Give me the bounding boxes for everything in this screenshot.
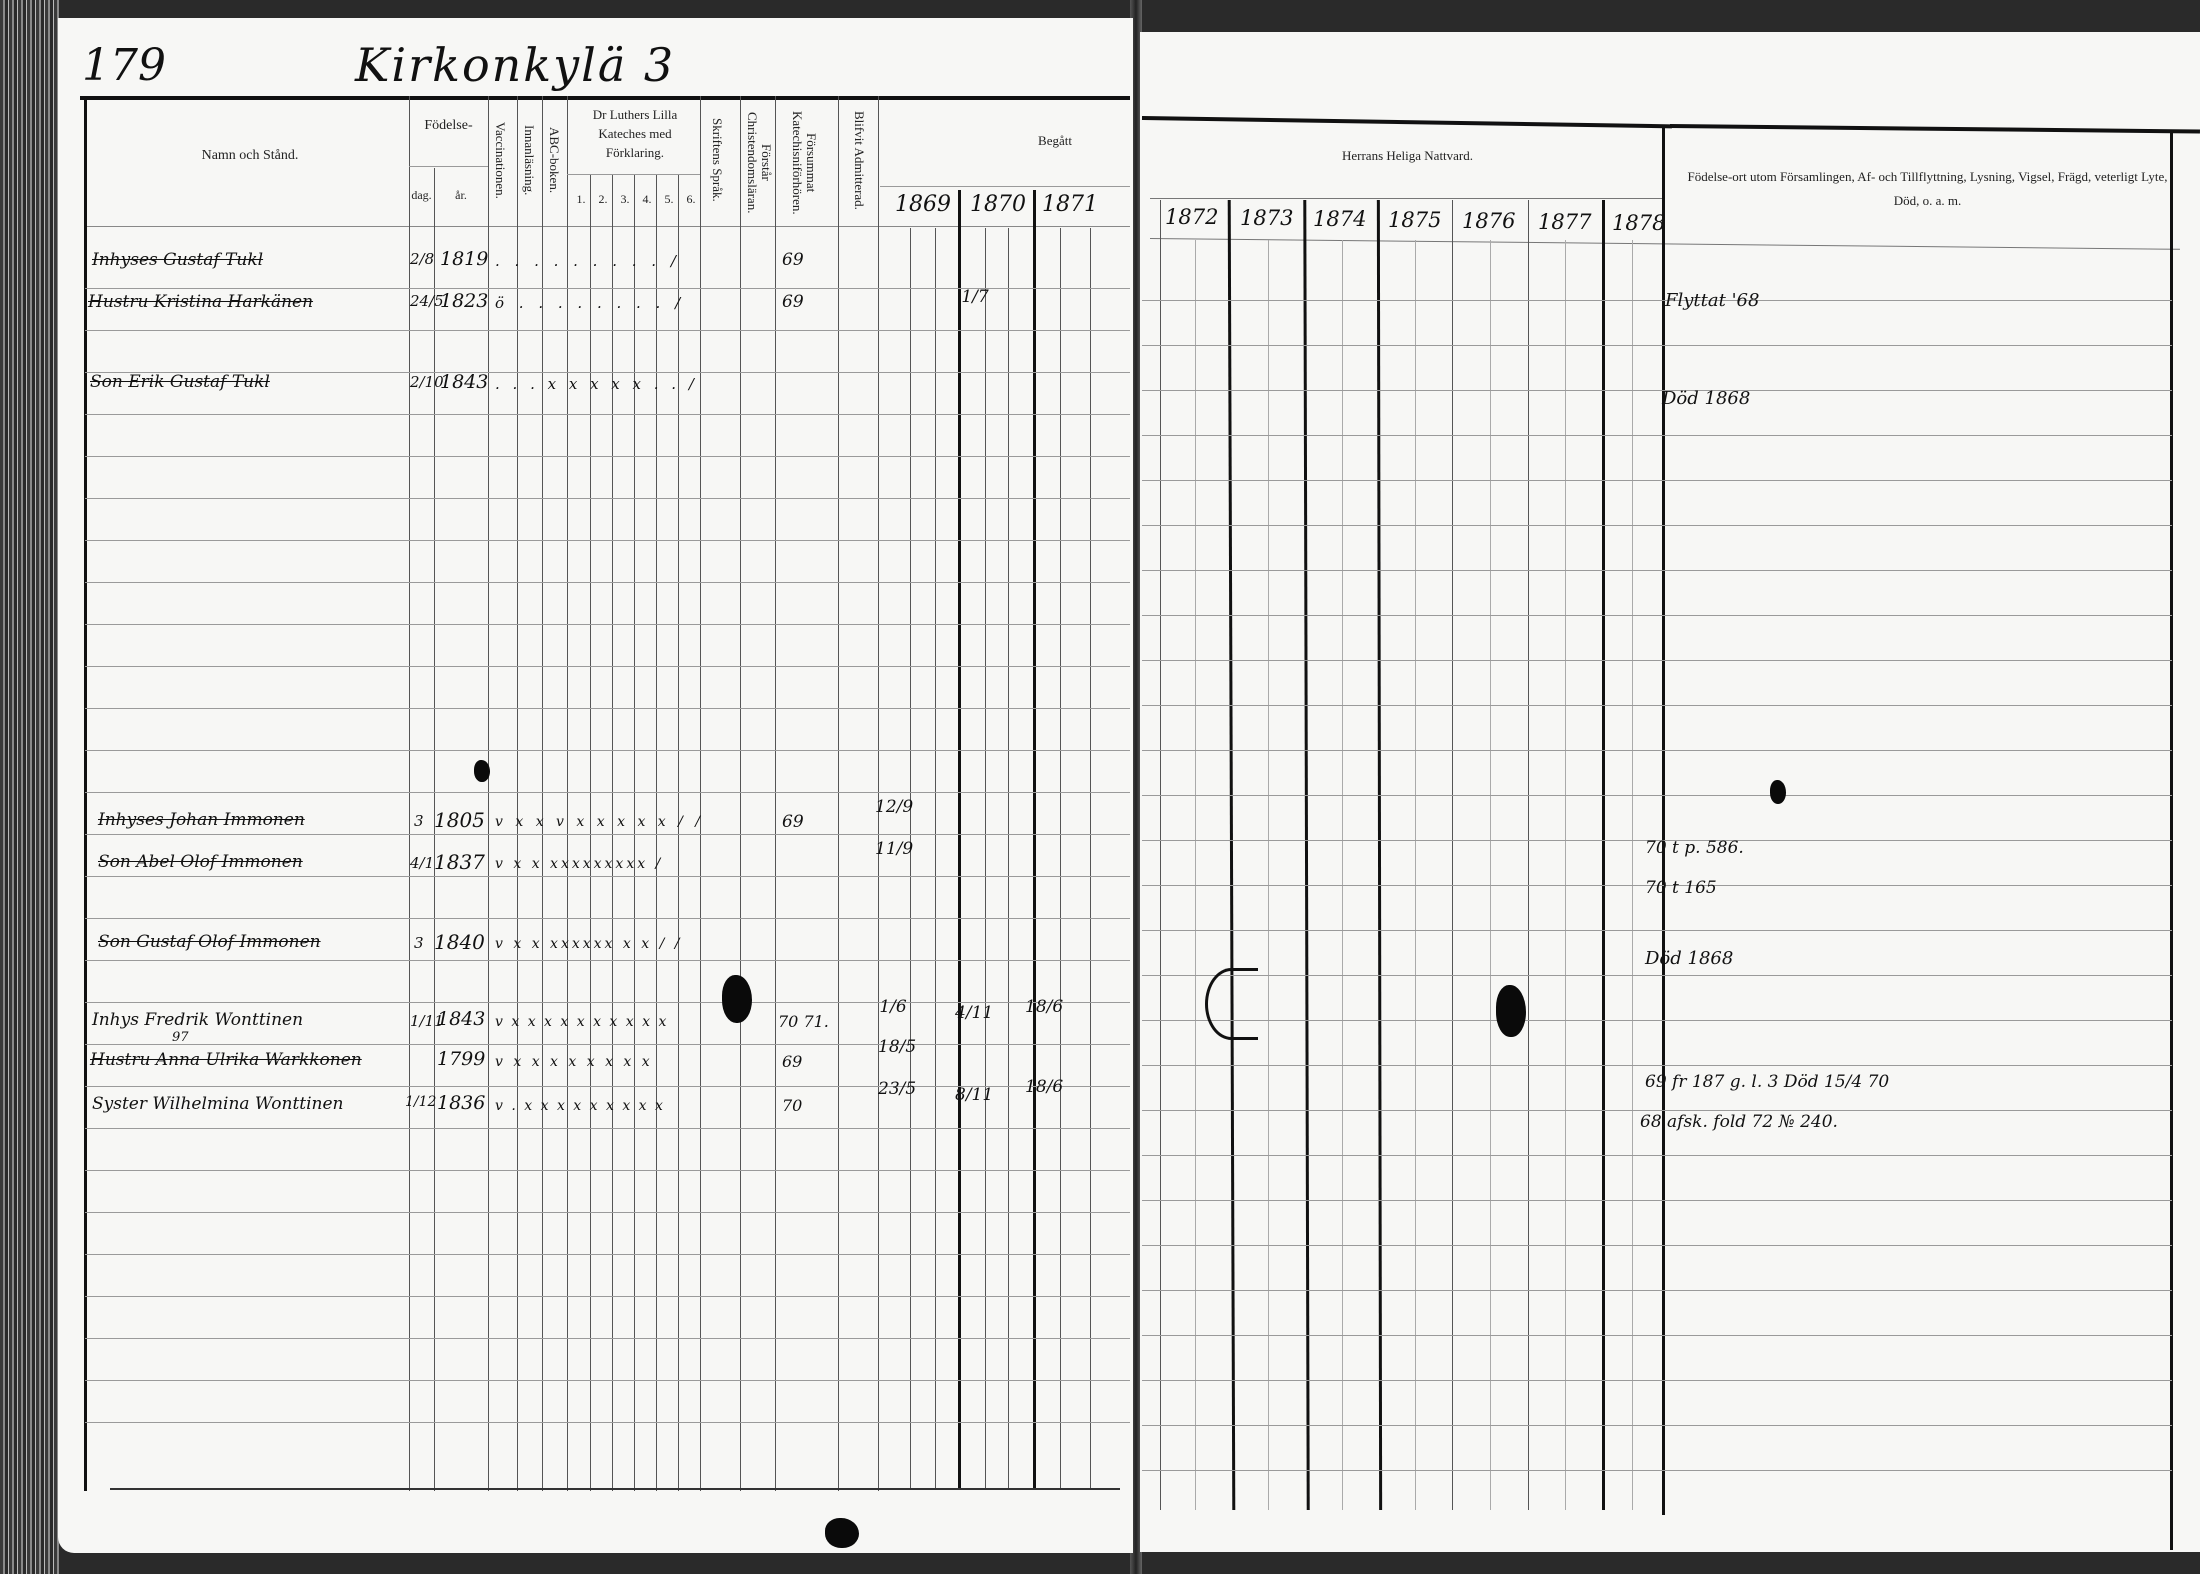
- entry-1870: 1/7: [960, 290, 990, 305]
- entry-birth-year: 1805: [434, 808, 485, 832]
- ruled-line: [85, 540, 1130, 541]
- header-abc: ABC-boken.: [547, 100, 561, 220]
- luther-sub-5: 5.: [658, 192, 680, 207]
- header-blifvit: Blifvit Admitterad.: [852, 105, 866, 215]
- luther-sub-2: 2.: [592, 192, 614, 207]
- entry-marks: v x x xxxxxx x x / /: [495, 936, 682, 952]
- col-divider: [958, 190, 961, 1490]
- entry-forsummat: 69: [782, 250, 804, 270]
- col-subdivider: [1060, 228, 1061, 1490]
- year-1870: 1870: [970, 192, 1026, 217]
- luther-sub-1: 1.: [570, 192, 592, 207]
- entry-1869: 11/9: [875, 842, 905, 857]
- ruled-line: [1142, 1200, 2172, 1201]
- remark-text: Död 1868: [1662, 388, 1750, 409]
- entry-1870: 4/11: [955, 1006, 985, 1021]
- ruled-line: [85, 1044, 1130, 1045]
- entry-birth-day: 97: [172, 1030, 189, 1045]
- entry-name: Son Erik Gustaf Tukl: [90, 372, 270, 392]
- left-border: [84, 96, 87, 1491]
- entry-birth-day: 24/5: [410, 292, 444, 310]
- entry-birth-year: 1837: [434, 850, 485, 874]
- entry-name: Son Abel Olof Immonen: [98, 852, 303, 872]
- col-subdivider: [1632, 240, 1633, 1510]
- luther-sub-4: 4.: [636, 192, 658, 207]
- ruled-line: [85, 624, 1130, 625]
- remark-text: 70 t 165: [1645, 878, 1717, 898]
- ruled-line: [1142, 480, 2172, 481]
- header-birth-year: år.: [434, 188, 488, 203]
- col-divider: [1662, 125, 1665, 1515]
- ruled-line: [85, 1338, 1130, 1339]
- entry-forsummat: 70: [782, 1096, 802, 1115]
- birth-subrule: [409, 166, 488, 167]
- ink-blot: [825, 1518, 859, 1548]
- col-divider: [1452, 200, 1453, 1510]
- header-begatt: Begått: [1015, 133, 1095, 149]
- ruled-line: [85, 1296, 1130, 1297]
- col-subdivider: [935, 228, 936, 1490]
- ruled-line: [1142, 660, 2172, 661]
- entry-forsummat: 70 71.: [778, 1012, 829, 1031]
- ruled-line: [1142, 705, 2172, 706]
- luther-sub-6: 6.: [680, 192, 702, 207]
- col-divider: [1528, 200, 1529, 1510]
- right-page: [1140, 32, 2200, 1552]
- ruled-line: [1142, 1065, 2172, 1066]
- entry-birth-day: 4/1: [410, 854, 434, 872]
- entry-name: Son Gustaf Olof Immonen: [98, 932, 321, 952]
- ruled-line: [85, 330, 1130, 331]
- ruled-line: [85, 1128, 1130, 1129]
- entry-name: Inhys Fredrik Wonttinen: [92, 1010, 303, 1030]
- entry-1869: 23/5: [878, 1082, 908, 1097]
- col-subdivider: [1090, 228, 1091, 1490]
- ruled-line: [1142, 435, 2172, 436]
- col-divider: [1602, 200, 1605, 1510]
- ruled-line: [85, 876, 1130, 877]
- ruled-line: [85, 1422, 1130, 1423]
- ruled-line: [1142, 1290, 2172, 1291]
- ruled-line: [85, 582, 1130, 583]
- left-page: [58, 18, 1133, 1553]
- remark-text: 69 fr 187 g. l. 3 Död 15/4 70: [1645, 1072, 1889, 1092]
- entry-forsummat: 69: [782, 292, 804, 312]
- entry-birth-day: 2/10: [410, 373, 444, 391]
- ruled-line: [85, 750, 1130, 751]
- entry-marks: v x x v x x x x x / /: [495, 814, 704, 830]
- year-1873: 1873: [1240, 206, 1293, 230]
- entry-1869: 1/6: [878, 1000, 908, 1015]
- remark-text: Flyttat '68: [1665, 290, 1759, 311]
- entry-marks: v x x x x x x x x: [495, 1054, 653, 1070]
- ruled-line: [1142, 1110, 2172, 1111]
- entry-birth-day: 3: [414, 934, 424, 952]
- entry-1871: 18/6: [1025, 1080, 1055, 1095]
- entry-birth-day: 1/12: [405, 1094, 436, 1110]
- entry-birth-day: 2/8: [410, 250, 434, 268]
- luther-sub-3: 3.: [614, 192, 636, 207]
- ruled-line: [1142, 795, 2172, 796]
- year-1871: 1871: [1042, 192, 1098, 217]
- remark-text: 68 afsk. fold 72 № 240.: [1640, 1112, 1838, 1132]
- ruled-line: [85, 498, 1130, 499]
- col-subdivider: [1195, 240, 1196, 1510]
- header-name: Namn och Stånd.: [150, 148, 350, 164]
- year-1876: 1876: [1462, 209, 1515, 233]
- remark-text: 70 t p. 586.: [1645, 838, 1744, 858]
- col-divider: [775, 96, 776, 1491]
- entry-marks: v x x xxxxxxxxx /: [495, 856, 663, 872]
- entry-birth-year: 1799: [437, 1048, 485, 1070]
- ruled-line: [1142, 300, 2172, 301]
- ruled-line: [85, 1254, 1130, 1255]
- col-subdivider: [910, 228, 911, 1490]
- ruled-line: [85, 960, 1130, 961]
- ruled-line: [1142, 1380, 2172, 1381]
- ruled-line: [85, 1380, 1130, 1381]
- header-nattvard: Herrans Heliga Nattvard.: [1150, 148, 1665, 164]
- header-remarks: Födelse-ort utom Församlingen, Af- och T…: [1675, 165, 2180, 213]
- ruled-line: [1142, 1335, 2172, 1336]
- col-subdivider: [1342, 240, 1343, 1510]
- entry-name: Syster Wilhelmina Wonttinen: [92, 1094, 344, 1114]
- ruled-line: [85, 666, 1130, 667]
- entry-name: Hustru Kristina Harkänen: [88, 292, 313, 312]
- header-bottom-rule: [85, 226, 1130, 227]
- col-subdivider: [1008, 228, 1009, 1490]
- ruled-line: [85, 1212, 1130, 1213]
- year-1875: 1875: [1388, 208, 1441, 232]
- col-divider: [700, 96, 701, 1491]
- entry-1869: 12/9: [875, 800, 905, 815]
- entry-forsummat: 69: [782, 1052, 802, 1071]
- ruled-line: [85, 834, 1130, 835]
- ruled-line: [1142, 525, 2172, 526]
- header-top-rule: [80, 96, 1130, 100]
- entry-birth-year: 1843: [440, 371, 488, 393]
- col-divider: [740, 96, 741, 1491]
- entry-name: Inhyses Gustaf Tukl: [92, 250, 263, 270]
- ruled-line: [1142, 750, 2172, 751]
- header-birth-day: dag.: [409, 188, 434, 203]
- ink-blot: [1496, 985, 1526, 1037]
- entry-marks: v x x x x x x x x x x: [495, 1014, 668, 1030]
- entry-name: Hustru Anna Ulrika Warkkonen: [90, 1050, 362, 1070]
- ruled-line: [1142, 1020, 2172, 1021]
- col-divider: [878, 96, 879, 1491]
- entry-marks: v . x x x x x x x x x: [495, 1098, 665, 1114]
- entry-birth-year: 1840: [434, 930, 485, 954]
- ruled-line: [85, 708, 1130, 709]
- begatt-subrule: [880, 186, 1130, 187]
- col-subdivider: [1565, 240, 1566, 1510]
- year-1869: 1869: [895, 192, 951, 217]
- header-innanlasning: Innanläsning.: [522, 100, 536, 220]
- ruled-line: [1142, 1425, 2172, 1426]
- col-divider: [1160, 200, 1161, 1510]
- ruled-line: [85, 1170, 1130, 1171]
- nattvard-subrule: [1150, 198, 1665, 199]
- ruled-line: [1142, 1470, 2172, 1471]
- year-1874: 1874: [1313, 207, 1366, 231]
- entry-1870: 8/11: [955, 1088, 985, 1103]
- col-divider: [838, 96, 839, 1491]
- place-heading: Kirkonkylä 3: [355, 38, 675, 92]
- ink-blot: [474, 760, 490, 782]
- ruled-line: [1142, 615, 2172, 616]
- entry-marks: . . . x x x x x . . /: [495, 375, 698, 393]
- header-birth: Födelse-: [409, 118, 488, 134]
- col-subdivider: [1268, 240, 1269, 1510]
- entry-birth-day: 3: [414, 812, 424, 830]
- entry-marks: ö . . . . . . . . /: [495, 294, 685, 312]
- entry-1871: 18/6: [1025, 1000, 1055, 1015]
- year-1877: 1877: [1538, 210, 1591, 234]
- col-subdivider: [985, 228, 986, 1490]
- pencil-bracket-mark: [1205, 968, 1258, 1040]
- header-forstar: Förstår Christendomsläran.: [745, 100, 773, 225]
- entry-birth-year: 1823: [440, 290, 488, 312]
- ruled-line: [85, 456, 1130, 457]
- ruled-line: [1142, 1245, 2172, 1246]
- col-divider: [1033, 190, 1036, 1490]
- luther-subrule: [567, 174, 700, 175]
- header-vaccination: Vaccinationen.: [493, 100, 507, 220]
- entry-birth-year: 1819: [440, 248, 488, 270]
- ruled-line: [85, 918, 1130, 919]
- ruled-line: [1142, 345, 2172, 346]
- col-subdivider: [1415, 240, 1416, 1510]
- col-subdivider: [1490, 240, 1491, 1510]
- ink-blot: [722, 975, 752, 1023]
- header-skriftens: Skriftens Språk.: [710, 100, 724, 220]
- ink-blot: [1770, 780, 1786, 804]
- ruled-line: [1142, 570, 2172, 571]
- bottom-rule: [110, 1488, 1120, 1490]
- header-luther: Dr Luthers Lilla Kateches med Förklaring…: [570, 105, 700, 162]
- ruled-line: [1142, 930, 2172, 931]
- entry-forsummat: 69: [782, 812, 804, 832]
- book-binding-edge: [0, 0, 62, 1574]
- entry-name: Inhyses Johan Immonen: [98, 810, 305, 830]
- entry-birth-year: 1843: [437, 1008, 485, 1030]
- ruled-line: [1142, 1155, 2172, 1156]
- ruled-line: [1142, 975, 2172, 976]
- remark-text: Död 1868: [1645, 948, 1733, 969]
- page-number: 179: [82, 40, 166, 91]
- entry-birth-year: 1836: [437, 1092, 485, 1114]
- year-1878: 1878: [1612, 211, 1665, 235]
- ruled-line: [1142, 390, 2172, 391]
- ruled-line: [85, 414, 1130, 415]
- ruled-line: [85, 792, 1130, 793]
- entry-marks: . . . . . . . . . /: [495, 252, 681, 270]
- header-forsummat: Försummat Katechisniförhören.: [790, 100, 818, 225]
- entry-1869: 18/5: [878, 1040, 908, 1055]
- year-1872: 1872: [1165, 205, 1218, 229]
